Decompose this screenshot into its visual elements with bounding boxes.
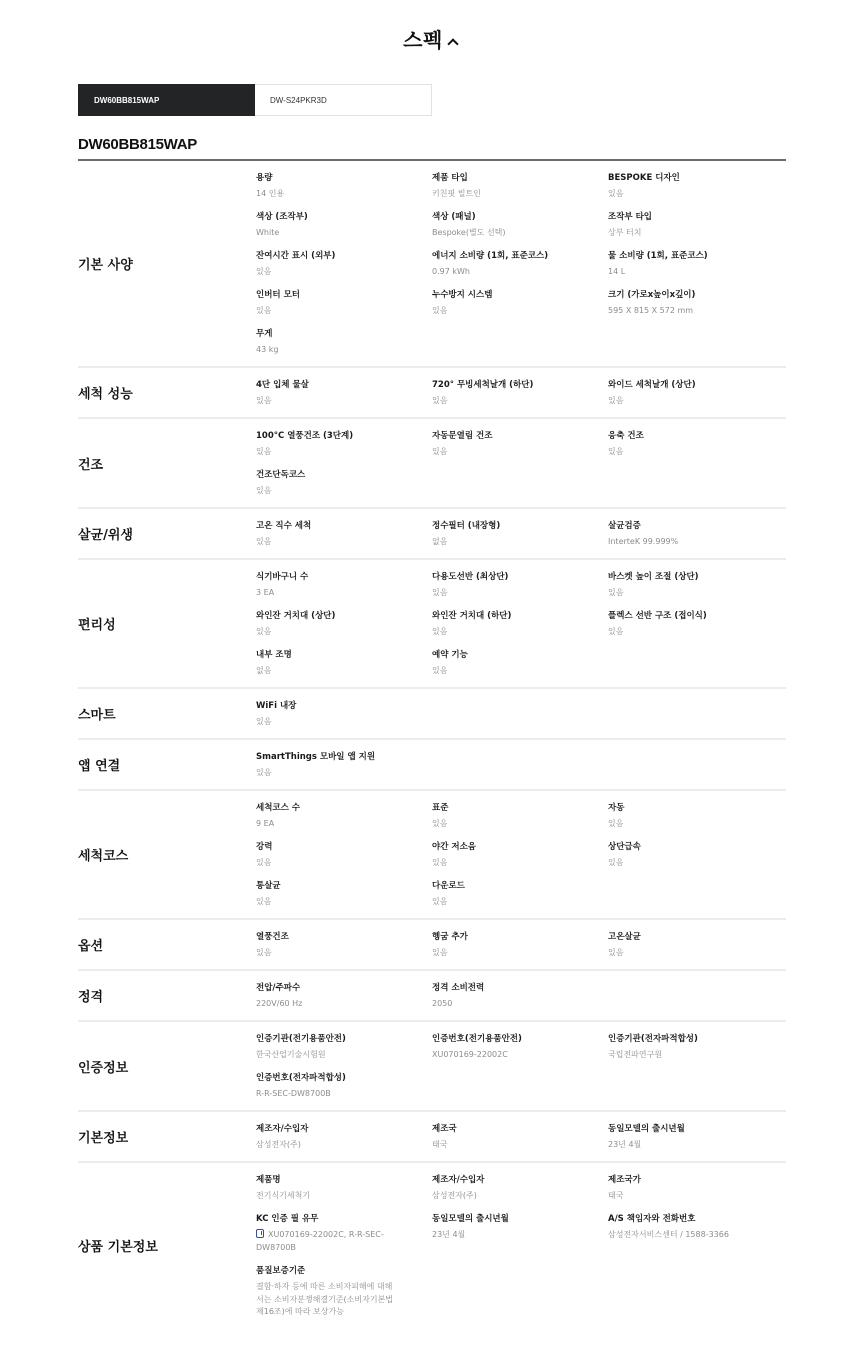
spec-section: 옵션열풍건조있음헹굼 추가있음고온살균있음: [78, 920, 786, 971]
spec-value: 있음: [256, 767, 432, 779]
spec-items: WiFi 내장있음: [256, 699, 786, 728]
model-title: DW60BB815WAP: [78, 136, 197, 153]
spec-key: 전압/주파수: [256, 982, 432, 994]
spec-key: SmartThings 모바일 앱 지원: [256, 751, 432, 763]
spec-item: 건조단독코스있음: [256, 468, 432, 497]
spec-item: 열풍건조있음: [256, 930, 432, 959]
section-label: 편리성: [78, 570, 256, 677]
section-label: 스마트: [78, 699, 256, 728]
spec-key: 잔여시간 표시 (외부): [256, 250, 432, 262]
spec-item: 플렉스 선반 구조 (접이식)있음: [608, 609, 784, 638]
spec-item: 색상 (패널)Bespoke(별도 선택): [432, 210, 608, 239]
spec-value: 있음: [608, 947, 784, 959]
spec-value: 있음: [432, 818, 608, 830]
spec-value: 있음: [608, 446, 784, 458]
spec-value: R-R-SEC-DW8700B: [256, 1088, 432, 1100]
spec-key: 제품명: [256, 1174, 432, 1186]
spec-item: 품질보증기준결함·하자 등에 따른 소비자피해에 대해서는 소비자분쟁해결기준(…: [256, 1264, 432, 1319]
spec-key: 인증기관(전자파적합성): [608, 1033, 784, 1045]
spec-value: 국립전파연구원: [608, 1049, 784, 1061]
spec-section: 정격전압/주파수220V/60 Hz정격 소비전력2050: [78, 971, 786, 1022]
section-label: 인증정보: [78, 1032, 256, 1100]
spec-items: 열풍건조있음헹굼 추가있음고온살균있음: [256, 930, 786, 959]
section-label: 앱 연결: [78, 750, 256, 779]
spec-key: 동일모델의 출시년월: [608, 1123, 784, 1135]
spec-key: 인증번호(전자파적합성): [256, 1072, 432, 1084]
section-label: 기본정보: [78, 1122, 256, 1151]
spec-value: 있음: [432, 395, 608, 407]
spec-items: 인증기관(전기용품안전)한국산업기술시험원인증번호(전기용품안전)XU07016…: [256, 1032, 786, 1100]
spec-item: 인증번호(전기용품안전)XU070169-22002C: [432, 1032, 608, 1061]
spec-value: 있음: [432, 947, 608, 959]
spec-section: 세척코스세척코스 수9 EA표준있음자동있음강력있음야간 저소음있음상단급속있음…: [78, 791, 786, 920]
spec-key: 동일모델의 출시년월: [432, 1213, 608, 1225]
spec-value: 있음: [256, 626, 432, 638]
spec-key: 열풍건조: [256, 931, 432, 943]
spec-key: 자동문열림 건조: [432, 430, 608, 442]
spec-key: 강력: [256, 841, 432, 853]
spec-item: 제품 타입키친핏 빌트인: [432, 171, 608, 200]
spec-item: 100°C 열풍건조 (3단계)있음: [256, 429, 432, 458]
section-label: 살균/위생: [78, 519, 256, 548]
spec-value: 한국산업기술시험원: [256, 1049, 432, 1061]
spec-items: 전압/주파수220V/60 Hz정격 소비전력2050: [256, 981, 786, 1010]
spec-key: 720° 무빙세척날개 (하단): [432, 379, 608, 391]
section-label: 세척 성능: [78, 378, 256, 407]
page-title[interactable]: 스펙: [0, 24, 860, 53]
spec-item: 정격 소비전력2050: [432, 981, 608, 1010]
spec-key: 제품 타입: [432, 172, 608, 184]
spec-section: 건조100°C 열풍건조 (3단계)있음자동문열림 건조있음응축 건조있음건조단…: [78, 419, 786, 509]
spec-key: 누수방지 시스템: [432, 289, 608, 301]
spec-item: 크기 (가로x높이x깊이)595 X 815 X 572 mm: [608, 288, 784, 317]
spec-key: 헹굼 추가: [432, 931, 608, 943]
spec-value: 있음: [256, 395, 432, 407]
spec-key: 품질보증기준: [256, 1265, 432, 1277]
spec-value: 없음: [432, 536, 608, 548]
spec-value: 있음: [256, 896, 432, 908]
spec-value: 있음: [608, 857, 784, 869]
spec-value: 14 인용: [256, 188, 432, 200]
spec-value: 3 EA: [256, 587, 432, 599]
spec-key: 용량: [256, 172, 432, 184]
spec-item: 제조자/수입자삼성전자(주): [432, 1173, 608, 1202]
spec-section: 살균/위생고온 직수 세척있음정수필터 (내장형)없음살균검증InterteK …: [78, 509, 786, 560]
spec-key: 제조국가: [608, 1174, 784, 1186]
spec-section: 앱 연결SmartThings 모바일 앱 지원있음: [78, 740, 786, 791]
spec-key: 표준: [432, 802, 608, 814]
spec-item: 응축 건조있음: [608, 429, 784, 458]
spec-value: 9 EA: [256, 818, 432, 830]
spec-value: 있음: [256, 947, 432, 959]
spec-item: 예약 기능있음: [432, 648, 608, 677]
spec-value: 있음: [256, 716, 432, 728]
spec-value: 삼성전자(주): [256, 1139, 432, 1151]
spec-item: 4단 입체 물살있음: [256, 378, 432, 407]
spec-key: 제조자/수입자: [432, 1174, 608, 1186]
spec-key: 건조단독코스: [256, 469, 432, 481]
spec-key: 에너지 소비량 (1회, 표준코스): [432, 250, 608, 262]
spec-item: 상단급속있음: [608, 840, 784, 869]
spec-value: 있음: [432, 446, 608, 458]
spec-value: 있음: [256, 446, 432, 458]
spec-item: 다운로드있음: [432, 879, 608, 908]
spec-value: 있음: [608, 395, 784, 407]
spec-items: 제조자/수입자삼성전자(주)제조국태국동일모델의 출시년월23년 4월: [256, 1122, 786, 1151]
spec-value: 있음: [432, 305, 608, 317]
spec-item: 동일모델의 출시년월23년 4월: [608, 1122, 784, 1151]
spec-table: 기본 사양용량14 인용제품 타입키친핏 빌트인BESPOKE 디자인있음색상 …: [78, 161, 786, 1329]
spec-item: 동일모델의 출시년월23년 4월: [432, 1212, 608, 1254]
section-label: 상품 기본정보: [78, 1173, 256, 1319]
spec-value: 있음: [608, 587, 784, 599]
spec-item: 바스켓 높이 조절 (상단)있음: [608, 570, 784, 599]
spec-key: 조작부 타입: [608, 211, 784, 223]
spec-item: 제조자/수입자삼성전자(주): [256, 1122, 432, 1151]
spec-section: 편리성식기바구니 수3 EA다용도선반 (최상단)있음바스켓 높이 조절 (상단…: [78, 560, 786, 689]
spec-key: 100°C 열풍건조 (3단계): [256, 430, 432, 442]
spec-key: 자동: [608, 802, 784, 814]
spec-value: 있음: [608, 818, 784, 830]
spec-item: 와인잔 거치대 (하단)있음: [432, 609, 608, 638]
spec-key: 고온 직수 세척: [256, 520, 432, 532]
spec-item: 자동문열림 건조있음: [432, 429, 608, 458]
spec-value: XU070169-22002C, R-R-SEC-DW8700B: [256, 1229, 396, 1254]
spec-item: A/S 책임자와 전화번호삼성전자서비스센터 / 1588-3366: [608, 1212, 784, 1254]
spec-key: 세척코스 수: [256, 802, 432, 814]
model-tabs: DW60BB815WAP DW-S24PKR3D: [78, 84, 432, 116]
spec-value: 삼성전자(주): [432, 1190, 608, 1202]
spec-value: Bespoke(별도 선택): [432, 227, 608, 239]
spec-item: 표준있음: [432, 801, 608, 830]
spec-value: 삼성전자서비스센터 / 1588-3366: [608, 1229, 784, 1241]
spec-key: 크기 (가로x높이x깊이): [608, 289, 784, 301]
spec-value: 43 kg: [256, 344, 432, 356]
spec-item: KC 인증 필 유무XU070169-22002C, R-R-SEC-DW870…: [256, 1212, 432, 1254]
spec-item: 무게43 kg: [256, 327, 432, 356]
spec-value: 있음: [432, 857, 608, 869]
spec-value: 태국: [608, 1190, 784, 1202]
spec-key: 인버터 모터: [256, 289, 432, 301]
spec-item: SmartThings 모바일 앱 지원있음: [256, 750, 432, 779]
spec-key: 제조자/수입자: [256, 1123, 432, 1135]
spec-item: 야간 저소음있음: [432, 840, 608, 869]
spec-items: 용량14 인용제품 타입키친핏 빌트인BESPOKE 디자인있음색상 (조작부)…: [256, 171, 786, 356]
spec-item: 다용도선반 (최상단)있음: [432, 570, 608, 599]
spec-items: 고온 직수 세척있음정수필터 (내장형)없음살균검증InterteK 99.99…: [256, 519, 786, 548]
spec-item: WiFi 내장있음: [256, 699, 432, 728]
spec-key: A/S 책임자와 전화번호: [608, 1213, 784, 1225]
spec-item: 인증기관(전기용품안전)한국산업기술시험원: [256, 1032, 432, 1061]
spec-value: 결함·하자 등에 따른 소비자피해에 대해서는 소비자분쟁해결기준(소비자기본법…: [256, 1281, 396, 1319]
spec-value: White: [256, 227, 432, 239]
spec-key: 무게: [256, 328, 432, 340]
spec-key: 다용도선반 (최상단): [432, 571, 608, 583]
spec-value: 없음: [256, 665, 432, 677]
spec-item: 자동있음: [608, 801, 784, 830]
spec-item: 인증기관(전자파적합성)국립전파연구원: [608, 1032, 784, 1061]
spec-value: 태국: [432, 1139, 608, 1151]
chevron-up-icon[interactable]: [447, 38, 458, 49]
spec-key: 바스켓 높이 조절 (상단): [608, 571, 784, 583]
spec-item: 잔여시간 표시 (외부)있음: [256, 249, 432, 278]
spec-item: 식기바구니 수3 EA: [256, 570, 432, 599]
spec-key: 고온살균: [608, 931, 784, 943]
spec-value: InterteK 99.999%: [608, 536, 784, 548]
spec-item: 에너지 소비량 (1회, 표준코스)0.97 kWh: [432, 249, 608, 278]
spec-items: 식기바구니 수3 EA다용도선반 (최상단)있음바스켓 높이 조절 (상단)있음…: [256, 570, 786, 677]
spec-value: 있음: [608, 188, 784, 200]
spec-value: 있음: [432, 665, 608, 677]
page-title-text: 스펙: [403, 28, 443, 52]
spec-item: 제조국태국: [432, 1122, 608, 1151]
spec-items: 4단 입체 물살있음720° 무빙세척날개 (하단)있음와이드 세척날개 (상단…: [256, 378, 786, 407]
section-label: 기본 사양: [78, 171, 256, 356]
spec-items: 세척코스 수9 EA표준있음자동있음강력있음야간 저소음있음상단급속있음통살균있…: [256, 801, 786, 908]
spec-value: 있음: [256, 536, 432, 548]
spec-items: 100°C 열풍건조 (3단계)있음자동문열림 건조있음응축 건조있음건조단독코…: [256, 429, 786, 497]
spec-section: 세척 성능4단 입체 물살있음720° 무빙세척날개 (하단)있음와이드 세척날…: [78, 368, 786, 419]
spec-key: 물 소비량 (1회, 표준코스): [608, 250, 784, 262]
spec-key: 통살균: [256, 880, 432, 892]
spec-key: 식기바구니 수: [256, 571, 432, 583]
spec-key: 응축 건조: [608, 430, 784, 442]
section-label: 건조: [78, 429, 256, 497]
spec-value: 키친핏 빌트인: [432, 188, 608, 200]
spec-item: 살균검증InterteK 99.999%: [608, 519, 784, 548]
spec-key: 인증기관(전기용품안전): [256, 1033, 432, 1045]
spec-value: 있음: [608, 626, 784, 638]
spec-value: 0.97 kWh: [432, 266, 608, 278]
spec-item: 와인잔 거치대 (상단)있음: [256, 609, 432, 638]
spec-section: 스마트WiFi 내장있음: [78, 689, 786, 740]
spec-items: SmartThings 모바일 앱 지원있음: [256, 750, 786, 779]
spec-value: 14 L: [608, 266, 784, 278]
spec-key: BESPOKE 디자인: [608, 172, 784, 184]
spec-value: 23년 4월: [432, 1229, 608, 1241]
spec-item: 강력있음: [256, 840, 432, 869]
spec-item: BESPOKE 디자인있음: [608, 171, 784, 200]
spec-item: 고온 직수 세척있음: [256, 519, 432, 548]
spec-item: 인버터 모터있음: [256, 288, 432, 317]
section-label: 세척코스: [78, 801, 256, 908]
spec-key: 내부 조명: [256, 649, 432, 661]
spec-value: XU070169-22002C: [432, 1049, 608, 1061]
spec-key: WiFi 내장: [256, 700, 432, 712]
spec-value: 23년 4월: [608, 1139, 784, 1151]
spec-item: 제조국가태국: [608, 1173, 784, 1202]
spec-value: 595 X 815 X 572 mm: [608, 305, 784, 317]
spec-item: 인증번호(전자파적합성)R-R-SEC-DW8700B: [256, 1071, 432, 1100]
spec-value: 상부 터치: [608, 227, 784, 239]
section-label: 옵션: [78, 930, 256, 959]
spec-key: 인증번호(전기용품안전): [432, 1033, 608, 1045]
spec-value: 있음: [256, 305, 432, 317]
spec-item: 누수방지 시스템있음: [432, 288, 608, 317]
spec-value: 있음: [256, 266, 432, 278]
spec-item: 고온살균있음: [608, 930, 784, 959]
spec-key: 4단 입체 물살: [256, 379, 432, 391]
spec-key: 정격 소비전력: [432, 982, 608, 994]
spec-item: 색상 (조작부)White: [256, 210, 432, 239]
kc-mark-icon: [256, 1229, 264, 1238]
tab-model-2[interactable]: DW-S24PKR3D: [255, 84, 432, 116]
spec-value: 전기식기세척기: [256, 1190, 432, 1202]
spec-item: 세척코스 수9 EA: [256, 801, 432, 830]
spec-key: 와인잔 거치대 (상단): [256, 610, 432, 622]
spec-item: 통살균있음: [256, 879, 432, 908]
spec-item: 헹굼 추가있음: [432, 930, 608, 959]
spec-key: 와인잔 거치대 (하단): [432, 610, 608, 622]
section-label: 정격: [78, 981, 256, 1010]
spec-key: 야간 저소음: [432, 841, 608, 853]
spec-value: 있음: [432, 626, 608, 638]
spec-value: 있음: [256, 857, 432, 869]
spec-item: 와이드 세척날개 (상단)있음: [608, 378, 784, 407]
spec-section: 기본 사양용량14 인용제품 타입키친핏 빌트인BESPOKE 디자인있음색상 …: [78, 161, 786, 368]
spec-key: 정수필터 (내장형): [432, 520, 608, 532]
spec-key: KC 인증 필 유무: [256, 1213, 432, 1225]
spec-key: 제조국: [432, 1123, 608, 1135]
spec-section: 상품 기본정보제품명전기식기세척기제조자/수입자삼성전자(주)제조국가태국KC …: [78, 1163, 786, 1329]
spec-item: 용량14 인용: [256, 171, 432, 200]
spec-key: 살균검증: [608, 520, 784, 532]
spec-value: 2050: [432, 998, 608, 1010]
spec-value: 있음: [432, 587, 608, 599]
spec-item: 정수필터 (내장형)없음: [432, 519, 608, 548]
spec-section: 인증정보인증기관(전기용품안전)한국산업기술시험원인증번호(전기용품안전)XU0…: [78, 1022, 786, 1112]
spec-key: 색상 (조작부): [256, 211, 432, 223]
spec-value: 220V/60 Hz: [256, 998, 432, 1010]
spec-section: 기본정보제조자/수입자삼성전자(주)제조국태국동일모델의 출시년월23년 4월: [78, 1112, 786, 1163]
spec-key: 플렉스 선반 구조 (접이식): [608, 610, 784, 622]
spec-item: 물 소비량 (1회, 표준코스)14 L: [608, 249, 784, 278]
spec-value: 있음: [432, 896, 608, 908]
spec-key: 색상 (패널): [432, 211, 608, 223]
spec-item: 조작부 타입상부 터치: [608, 210, 784, 239]
spec-item: 제품명전기식기세척기: [256, 1173, 432, 1202]
tab-model-1[interactable]: DW60BB815WAP: [78, 84, 255, 116]
spec-key: 와이드 세척날개 (상단): [608, 379, 784, 391]
spec-value-text: XU070169-22002C, R-R-SEC-DW8700B: [256, 1230, 384, 1252]
spec-key: 다운로드: [432, 880, 608, 892]
spec-key: 예약 기능: [432, 649, 608, 661]
spec-item: 전압/주파수220V/60 Hz: [256, 981, 432, 1010]
spec-item: 내부 조명없음: [256, 648, 432, 677]
spec-key: 상단급속: [608, 841, 784, 853]
spec-item: 720° 무빙세척날개 (하단)있음: [432, 378, 608, 407]
spec-items: 제품명전기식기세척기제조자/수입자삼성전자(주)제조국가태국KC 인증 필 유무…: [256, 1173, 786, 1319]
spec-value: 있음: [256, 485, 432, 497]
